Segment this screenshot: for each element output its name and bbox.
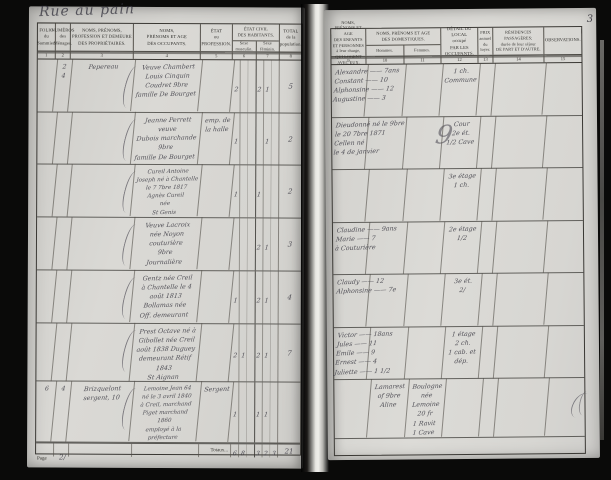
- cell-occupants: Prest Octave né à Gibollet née Creil aoû…: [130, 323, 203, 382]
- cell-etat-civil: 1 2 1: [232, 271, 279, 323]
- cell-observations: [545, 378, 587, 437]
- civil-count: [271, 293, 279, 296]
- cell-occupants: Jeanne Perrett veuve Dubois marchande 9b…: [131, 112, 203, 165]
- cell-total: 3: [276, 218, 303, 270]
- civil-count: [239, 408, 247, 411]
- cell-total: [275, 382, 303, 442]
- street-title-handwritten: Rue au pain: [39, 1, 135, 20]
- cell-local: 2e étage 1/2: [441, 221, 482, 274]
- cell-local: 3e étage 1 ch.: [440, 168, 481, 221]
- cell-observations: [543, 167, 584, 220]
- table-row: Veuve Lacroix née Noyon couturière 9bre …: [37, 218, 301, 272]
- left-page: Rue au pain FOLIO du Sommier. NUMÉROS de…: [27, 6, 305, 468]
- header-prix: PRIX annuel du loyer.: [478, 28, 493, 55]
- col-number: 4: [134, 52, 201, 59]
- cell-domestiques-femmes: Boulogne née Lemoine 20 fr 1 Ravit 1 Cav…: [405, 379, 447, 438]
- cell-domestiques-femmes: [404, 274, 445, 327]
- col-number: 13: [478, 56, 493, 63]
- cell-etat-civil: 1 1: [232, 113, 279, 165]
- header-domestiques-hommes: Hommes.: [366, 46, 404, 56]
- page-footer-label: Page: [37, 456, 47, 461]
- cell-residences: [492, 115, 547, 169]
- cell-local: 3e ét. 2/: [441, 273, 482, 326]
- header-total: TOTAL de la population.: [280, 24, 302, 51]
- civil-count: [232, 240, 240, 243]
- civil-count: [240, 82, 248, 85]
- next-page-edge: [600, 40, 604, 440]
- cell-total: 2: [277, 113, 304, 165]
- table-row: Claudy —— 12 Alphonsine —— 7e 3e ét. 2/: [333, 273, 583, 328]
- col-number: 5: [201, 52, 233, 59]
- cell-domestiques-hommes: Lamarest of 9bre Aline: [367, 379, 410, 438]
- table-row: Dieudonné né le 9bre le 20 7bre 1871 Cel…: [332, 115, 582, 170]
- left-table-header: FOLIO du Sommier. NUMÉROS des Ménages. N…: [38, 23, 302, 52]
- divider: [254, 383, 255, 443]
- table-row: Alexandre —— 7ans Constant —— 10 Alphons…: [332, 63, 582, 118]
- cell-domestiques-hommes: [365, 64, 407, 117]
- header-sexe-masculin: Sexe masculin.: [233, 41, 257, 51]
- cell-enfants: [330, 169, 369, 222]
- cell-domestiques-hommes: [366, 221, 408, 274]
- civil-count: [240, 135, 248, 138]
- cell-etat-civil: 2 1 2 1: [231, 324, 278, 382]
- col-number: 2: [56, 52, 71, 59]
- civil-count: [240, 240, 248, 243]
- header-proprietaires: NOMS, PRÉNOMS, PROFESSION ET DEMEURE DES…: [71, 24, 134, 51]
- divider: [255, 113, 256, 165]
- cell-residences: [493, 220, 548, 274]
- cell-observations: [544, 220, 585, 273]
- right-page: 3 NOMS, PRÉNOMS ET AGE DES ENFANTS ET PE…: [324, 8, 600, 460]
- cell-domestiques-hommes: [365, 169, 407, 222]
- civil-count: [272, 82, 280, 85]
- totals-empty: [69, 444, 132, 457]
- cell-profession: Sergent: [196, 382, 234, 443]
- totals-row: Totaux... 6 8 3 2 3 21: [36, 442, 300, 457]
- page-number: 3: [587, 14, 593, 25]
- header-local: DÉTAIL DU LOCAL occupé PAR LES OCCUPANTS…: [441, 28, 478, 55]
- totals-empty: [132, 444, 199, 457]
- cell-total: 2: [277, 166, 304, 218]
- header-sexe-feminin: Sexe féminin.: [256, 41, 279, 51]
- cell-domestiques-femmes: [403, 116, 444, 169]
- cell-etat-civil: 1 1: [232, 166, 279, 218]
- cell-total: 7: [276, 324, 304, 382]
- divider: [255, 218, 256, 270]
- right-table-rows: Alexandre —— 7ans Constant —— 10 Alphons…: [332, 63, 585, 439]
- divider: [255, 166, 256, 218]
- col-number: 7: [256, 52, 280, 59]
- cell-enfants: [332, 379, 372, 438]
- cell-enfants: Claudine —— 9ans Marie —— 7 à Couturière: [331, 222, 370, 275]
- header-etat-civil-title: ÉTAT CIVIL DES HABITANTS.: [233, 24, 279, 40]
- col-number: 12: [441, 56, 478, 63]
- totals-count: 8: [238, 447, 247, 459]
- col-number: 11: [404, 56, 441, 63]
- col-number: 8: [280, 52, 302, 59]
- civil-count: [271, 187, 279, 190]
- cell-local: 1 ch. Commune: [440, 63, 481, 116]
- totals-etat-civil: 6 8 3 2 3: [231, 444, 278, 457]
- divider: [255, 271, 256, 323]
- cell-occupants: Cureil Antoine Joseph né à Chantelle le …: [131, 165, 203, 218]
- cell-observations: [545, 325, 586, 378]
- civil-count: [271, 135, 279, 138]
- cell-etat-civil: 1 1 1: [231, 383, 278, 443]
- cell-domestiques-femmes: [403, 169, 444, 222]
- col-number: 1: [38, 51, 56, 58]
- header-residences: RÉSIDENCES PASSAGÈRES; durée de leur séj…: [493, 27, 544, 54]
- cell-observations: [543, 115, 584, 168]
- table-row: Cureil Antoine Joseph né à Chantelle le …: [37, 165, 301, 219]
- cell-occupants: Lemoine Jean 64 né le 3 avril 1840 à Cre…: [129, 381, 202, 443]
- header-domestiques-femmes: Femmes.: [404, 45, 441, 55]
- header-domestiques-title: NOMS, PRÉNOMS ET AGE DES DOMESTIQUES.: [366, 28, 440, 45]
- civil-count: [256, 135, 264, 138]
- scanned-register-spread: Rue au pain FOLIO du Sommier. NUMÉROS de…: [0, 0, 611, 480]
- cell-profession: [197, 323, 235, 382]
- cell-domestiques-femmes: [403, 64, 444, 117]
- cell-residences: [493, 273, 548, 327]
- table-row: Victor —— 18ans Jules —— 11 Emile —— 9 E…: [334, 326, 584, 381]
- left-table: FOLIO du Sommier. NUMÉROS des Ménages. N…: [35, 22, 303, 455]
- cell-local: [442, 378, 484, 437]
- cell-profession: [198, 60, 235, 113]
- civil-count: 1: [239, 348, 248, 360]
- table-row: Lamarest of 9bre Aline Boulogne née Lemo…: [334, 378, 585, 439]
- right-table: NOMS, PRÉNOMS ET AGE DES ENFANTS ET PERS…: [330, 26, 586, 456]
- right-table-header: NOMS, PRÉNOMS ET AGE DES ENFANTS ET PERS…: [331, 27, 581, 57]
- cell-total: 4: [276, 271, 303, 323]
- divider: [254, 324, 255, 382]
- cell-domestiques-hommes: 9: [365, 116, 407, 169]
- cell-enfants: Alexandre —— 7ans Constant —— 10 Alphons…: [330, 64, 369, 117]
- cell-etat-civil: 2 2 1: [233, 60, 280, 112]
- header-enfants: NOMS, PRÉNOMS ET AGE DES ENFANTS ET PERS…: [331, 29, 366, 56]
- table-row: Prest Octave né à Gibollet née Creil aoû…: [36, 323, 300, 383]
- cell-profession: [197, 218, 234, 271]
- col-number: 15: [544, 55, 581, 62]
- col-number: 3: [71, 52, 134, 59]
- page-footer-handwritten: 2/: [59, 454, 66, 462]
- cell-occupants: Veuve Chambert Louis Cinquin Coudret 9br…: [131, 59, 203, 112]
- header-etat-civil: ÉTAT CIVIL DES HABITANTS. Sexe masculin.…: [233, 24, 280, 51]
- civil-count: [270, 408, 278, 411]
- cell-domestiques-femmes: [404, 221, 445, 274]
- cell-profession: [197, 271, 234, 324]
- header-occupants: NOMS, PRÉNOMS ET AGE DES OCCUPANTS.: [134, 24, 201, 51]
- cell-enfants: Victor —— 18ans Jules —— 11 Emile —— 9 E…: [332, 327, 371, 380]
- cell-etat-civil: 2 1: [232, 218, 279, 270]
- cell-residences: [494, 378, 550, 438]
- totals-empty: [36, 443, 54, 456]
- cell-enfants: Dieudonné né le 9bre le 20 7bre 1871 Cel…: [330, 117, 369, 170]
- civil-count: [271, 240, 279, 243]
- col-number: 9: [331, 57, 366, 64]
- header-etat-profession: ÉTAT ou PROFESSION.: [201, 24, 233, 51]
- cell-enfants: Claudy —— 12 Alphonsine —— 7e: [331, 274, 370, 327]
- civil-count: [240, 187, 248, 190]
- cell-domestiques-hommes: [367, 327, 409, 380]
- cell-observations: [543, 62, 584, 115]
- cell-profession: [198, 165, 235, 218]
- cell-occupants: Veuve Lacroix née Noyon couturière 9bre …: [130, 217, 202, 270]
- cell-residences: [492, 168, 547, 222]
- cell-residences: [494, 325, 549, 379]
- header-domestiques: NOMS, PRÉNOMS ET AGE DES DOMESTIQUES. Ho…: [366, 28, 441, 56]
- table-row: Gentz née Creil à Chantelle le 4 août 18…: [37, 270, 301, 324]
- cell-domestiques-hommes: [366, 274, 408, 327]
- header-observations: OBSERVATIONS.: [544, 27, 581, 54]
- divider: [256, 60, 257, 112]
- col-number: 6: [233, 52, 257, 59]
- cell-residences: [492, 62, 547, 116]
- col-number: 10: [366, 56, 404, 63]
- totals-label: Totaux...: [199, 444, 231, 457]
- cell-local: 1 étage 2 ch. 1 cab. et dép.: [442, 326, 483, 379]
- cell-occupants: Gentz née Creil à Chantelle le 4 août 18…: [130, 270, 202, 323]
- divider: [254, 444, 255, 457]
- cell-local: Cour 2e ét. 1/2 Cave: [440, 116, 481, 169]
- left-table-rows: 2 4 Pepereau Veuve Chambert Louis Cinqui…: [36, 59, 302, 443]
- col-number: 14: [493, 55, 544, 62]
- cell-profession: emp. de la halle: [198, 112, 235, 165]
- table-row: 3e étage 1 ch.: [332, 168, 582, 223]
- cell-domestiques-femmes: [405, 326, 446, 379]
- civil-count: [239, 293, 247, 296]
- totals-grand: 21: [278, 444, 300, 457]
- cell-observations: [544, 273, 585, 326]
- civil-count: [270, 348, 278, 351]
- table-row: Claudine —— 9ans Marie —— 7 à Couturière…: [333, 221, 583, 276]
- table-row: 6 4 Brizquelont sergent, 10 Lemoine Jean…: [36, 382, 300, 444]
- table-row: 2 4 Pepereau Veuve Chambert Louis Cinqui…: [38, 59, 302, 113]
- header-menages: NUMÉROS des Ménages.: [56, 24, 71, 51]
- table-row: Jeanne Perrett veuve Dubois marchande 9b…: [37, 112, 301, 166]
